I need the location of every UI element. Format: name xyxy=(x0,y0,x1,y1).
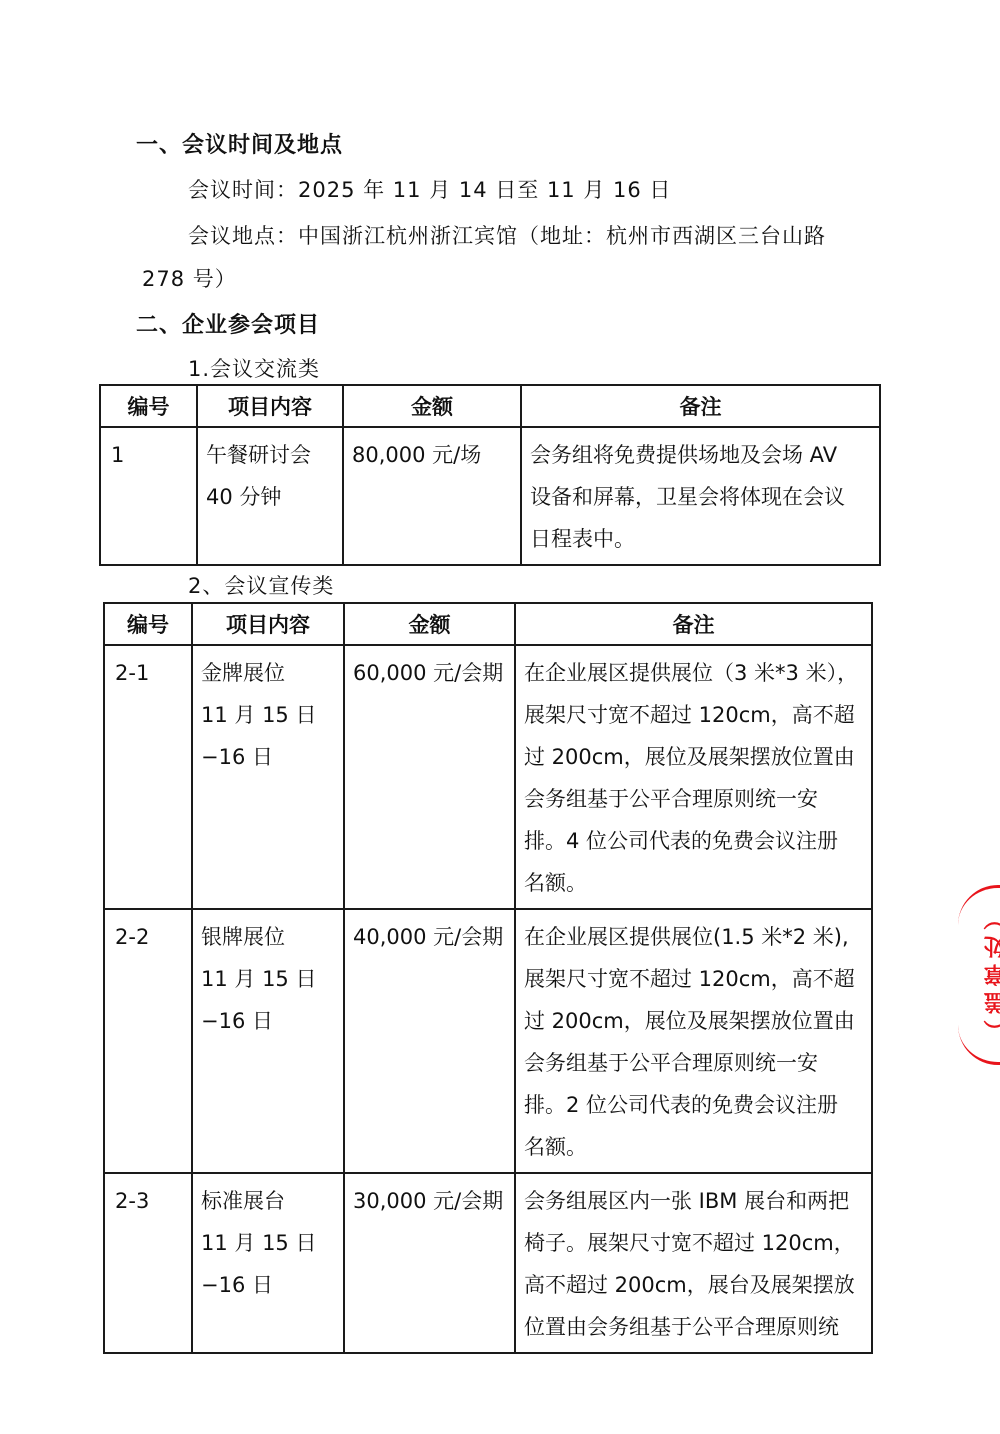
note-line: 展架尺寸宽不超过 120cm，高不超 xyxy=(524,958,865,1000)
col-header-id: 编号 xyxy=(104,603,192,645)
note-line: 过 200cm，展位及展架摆放位置由 xyxy=(524,736,865,778)
cell-item: 银牌展位 11 月 15 日 −16 日 xyxy=(192,909,344,1173)
note-line: 在企业展区提供展位（3 米*3 米）， xyxy=(524,652,865,694)
cell-id: 2-1 xyxy=(104,645,192,909)
col-header-item: 项目内容 xyxy=(192,603,344,645)
cell-price: 30,000 元/会期 xyxy=(344,1173,515,1353)
subheading-exchange: 1.会议交流类 xyxy=(188,353,320,383)
table-header-row: 编号 项目内容 金额 备注 xyxy=(100,385,880,427)
item-line: 11 月 15 日 xyxy=(201,958,337,1000)
table-row: 1 午餐研讨会 40 分钟 80,000 元/场 会务组将免费提供场地及会场 A… xyxy=(100,427,880,565)
cell-item: 标准展台 11 月 15 日 −16 日 xyxy=(192,1173,344,1353)
note-line: 在企业展区提供展位(1.5 米*2 米), xyxy=(524,916,865,958)
item-name: 午餐研讨会 xyxy=(206,434,336,476)
col-header-price: 金额 xyxy=(344,603,515,645)
col-header-price: 金额 xyxy=(343,385,521,427)
table-row: 2-1 金牌展位 11 月 15 日 −16 日 60,000 元/会期 在企业… xyxy=(104,645,872,909)
col-header-item: 项目内容 xyxy=(197,385,343,427)
cell-price: 60,000 元/会期 xyxy=(344,645,515,909)
col-header-id: 编号 xyxy=(100,385,197,427)
note-line: 排。4 位公司代表的免费会议注册 xyxy=(524,820,865,862)
item-line: −16 日 xyxy=(201,736,337,778)
col-header-note: 备注 xyxy=(515,603,872,645)
cell-id: 2-2 xyxy=(104,909,192,1173)
item-line: −16 日 xyxy=(201,1000,337,1042)
cell-price: 40,000 元/会期 xyxy=(344,909,515,1173)
meeting-venue-line2: 278 号） xyxy=(142,263,237,293)
note-line: 名额。 xyxy=(524,1126,865,1168)
note-line: 位置由会务组基于公平合理原则统 xyxy=(524,1306,865,1348)
note-line: 日程表中。 xyxy=(530,518,873,560)
red-seal-stamp: （盖章处） xyxy=(958,885,1000,1065)
cell-note: 会务组将免费提供场地及会场 AV 设备和屏幕，卫星会将体现在会议 日程表中。 xyxy=(521,427,880,565)
note-line: 高不超过 200cm，展台及展架摆放 xyxy=(524,1264,865,1306)
table-row: 2-3 标准展台 11 月 15 日 −16 日 30,000 元/会期 会务组… xyxy=(104,1173,872,1353)
note-line: 椅子。展架尺寸宽不超过 120cm， xyxy=(524,1222,865,1264)
item-line: 标准展台 xyxy=(201,1180,337,1222)
cell-item: 金牌展位 11 月 15 日 −16 日 xyxy=(192,645,344,909)
cell-price: 80,000 元/场 xyxy=(343,427,521,565)
section-heading-projects: 二、企业参会项目 xyxy=(136,308,320,339)
note-line: 会务组将免费提供场地及会场 AV xyxy=(530,434,873,476)
item-line: 11 月 15 日 xyxy=(201,1222,337,1264)
cell-id: 1 xyxy=(100,427,197,565)
note-line: 会务组基于公平合理原则统一安 xyxy=(524,1042,865,1084)
item-line: 金牌展位 xyxy=(201,652,337,694)
item-line: 11 月 15 日 xyxy=(201,694,337,736)
note-line: 会务组基于公平合理原则统一安 xyxy=(524,778,865,820)
meeting-time: 会议时间：2025 年 11 月 14 日至 11 月 16 日 xyxy=(188,174,671,204)
note-line: 过 200cm，展位及展架摆放位置由 xyxy=(524,1000,865,1042)
item-line: −16 日 xyxy=(201,1264,337,1306)
table-exchange: 编号 项目内容 金额 备注 1 午餐研讨会 40 分钟 80,000 元/场 会… xyxy=(99,384,881,566)
item-line: 银牌展位 xyxy=(201,916,337,958)
table-header-row: 编号 项目内容 金额 备注 xyxy=(104,603,872,645)
note-line: 排。2 位公司代表的免费会议注册 xyxy=(524,1084,865,1126)
cell-note: 会务组展区内一张 IBM 展台和两把 椅子。展架尺寸宽不超过 120cm， 高不… xyxy=(515,1173,872,1353)
note-line: 设备和屏幕，卫星会将体现在会议 xyxy=(530,476,873,518)
table-promotion: 编号 项目内容 金额 备注 2-1 金牌展位 11 月 15 日 −16 日 6… xyxy=(103,602,873,1354)
note-line: 名额。 xyxy=(524,862,865,904)
subheading-promotion: 2、会议宣传类 xyxy=(188,570,334,600)
cell-item: 午餐研讨会 40 分钟 xyxy=(197,427,343,565)
note-line: 会务组展区内一张 IBM 展台和两把 xyxy=(524,1180,865,1222)
section-heading-time-venue: 一、会议时间及地点 xyxy=(136,128,343,159)
note-line: 展架尺寸宽不超过 120cm，高不超 xyxy=(524,694,865,736)
col-header-note: 备注 xyxy=(521,385,880,427)
item-duration: 40 分钟 xyxy=(206,476,336,518)
cell-note: 在企业展区提供展位（3 米*3 米）， 展架尺寸宽不超过 120cm，高不超 过… xyxy=(515,645,872,909)
cell-id: 2-3 xyxy=(104,1173,192,1353)
table-row: 2-2 银牌展位 11 月 15 日 −16 日 40,000 元/会期 在企业… xyxy=(104,909,872,1173)
cell-note: 在企业展区提供展位(1.5 米*2 米), 展架尺寸宽不超过 120cm，高不超… xyxy=(515,909,872,1173)
meeting-venue-line1: 会议地点：中国浙江杭州浙江宾馆（地址：杭州市西湖区三台山路 xyxy=(188,220,826,250)
